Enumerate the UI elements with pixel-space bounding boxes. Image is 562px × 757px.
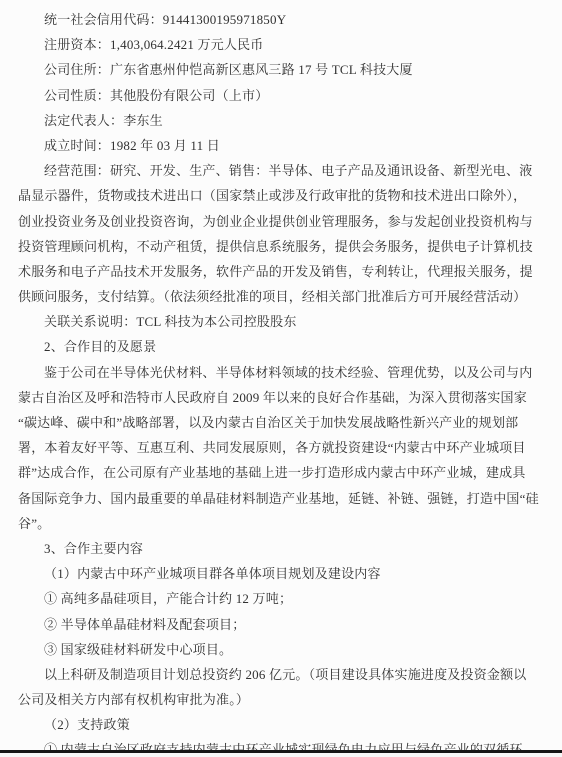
- text-line: 备国际竞争力、国内最重要的单晶硅材料制造产业基地，延链、补链、强链，打造中国“硅: [18, 486, 528, 511]
- text-line: 法定代表人：李东生: [18, 108, 528, 133]
- text-line: ③ 国家级硅材料研发中心项目。: [18, 637, 528, 662]
- text-line: ② 半导体单晶硅材料及配套项目；: [18, 612, 528, 637]
- text-line: 蒙古自治区及呼和浩特市人民政府自 2009 年以来的良好合作基础，为深入贯彻落实…: [18, 385, 528, 410]
- text-line: （1）内蒙古中环产业城项目群各单体项目规划及建设内容: [18, 561, 528, 586]
- text-line: “碳达峰、碳中和”战略部署，以及内蒙古自治区关于加快发展战略性新兴产业的规划部: [18, 410, 528, 435]
- text-line: 成立时间：1982 年 03 月 11 日: [18, 133, 528, 158]
- text-line: 公司性质：其他股份有限公司（上市）: [18, 83, 528, 108]
- document-text-block: 统一社会信用代码：91441300195971850Y注册资本：1,403,06…: [18, 7, 528, 757]
- text-line: 公司及相关方内部有权机构审批为准。）: [18, 687, 528, 712]
- text-line: 公司住所：广东省惠州仲恺高新区惠风三路 17 号 TCL 科技大厦: [18, 57, 528, 82]
- document-page: 统一社会信用代码：91441300195971850Y注册资本：1,403,06…: [0, 0, 562, 757]
- text-line: 群”达成合作，在公司原有产业基地的基础上进一步打造形成内蒙古中环产业城，建成具: [18, 460, 528, 485]
- text-line: 供顾问服务，支付结算。（依法须经批准的项目，经相关部门批准后方可开展经营活动）: [18, 284, 528, 309]
- text-line: 术服务和电子产品技术开发服务，软件产品的开发及销售，专利转让，代理报关服务，提: [18, 259, 528, 284]
- text-line: （2）支持政策: [18, 712, 528, 737]
- text-line: 注册资本：1,403,064.2421 万元人民币: [18, 32, 528, 57]
- text-line: 鉴于公司在半导体光伏材料、半导体材料领域的技术经验、管理优势，以及公司与内: [18, 360, 528, 385]
- text-line: 3、合作主要内容: [18, 536, 528, 561]
- text-line: 关联关系说明：TCL 科技为本公司控股股东: [18, 309, 528, 334]
- text-line: 晶显示器件，货物或技术进出口（国家禁止或涉及行政审批的货物和技术进出口除外），: [18, 183, 528, 208]
- text-line: ① 高纯多晶硅项目，产能合计约 12 万吨；: [18, 586, 528, 611]
- text-line: 统一社会信用代码：91441300195971850Y: [18, 7, 528, 32]
- text-line: 经营范围：研究、开发、生产、销售：半导体、电子产品及通讯设备、新型光电、液: [18, 158, 528, 183]
- text-line: 以上科研及制造项目计划总投资约 206 亿元。（项目建设具体实施进度及投资金额以: [18, 662, 528, 687]
- text-line: 投资管理顾问机构，不动产租赁，提供信息系统服务，提供会务服务，提供电子计算机技: [18, 234, 528, 259]
- bottom-margin: [0, 753, 562, 757]
- text-line: 创业投资业务及创业投资咨询，为创业企业提供创业管理服务，参与发起创业投资机构与: [18, 209, 528, 234]
- text-line: 2、合作目的及愿景: [18, 334, 528, 359]
- text-line: 署，本着友好平等、互惠互利、共同发展原则，各方就投资建设“内蒙古中环产业城项目: [18, 435, 528, 460]
- text-line: 谷”。: [18, 511, 528, 536]
